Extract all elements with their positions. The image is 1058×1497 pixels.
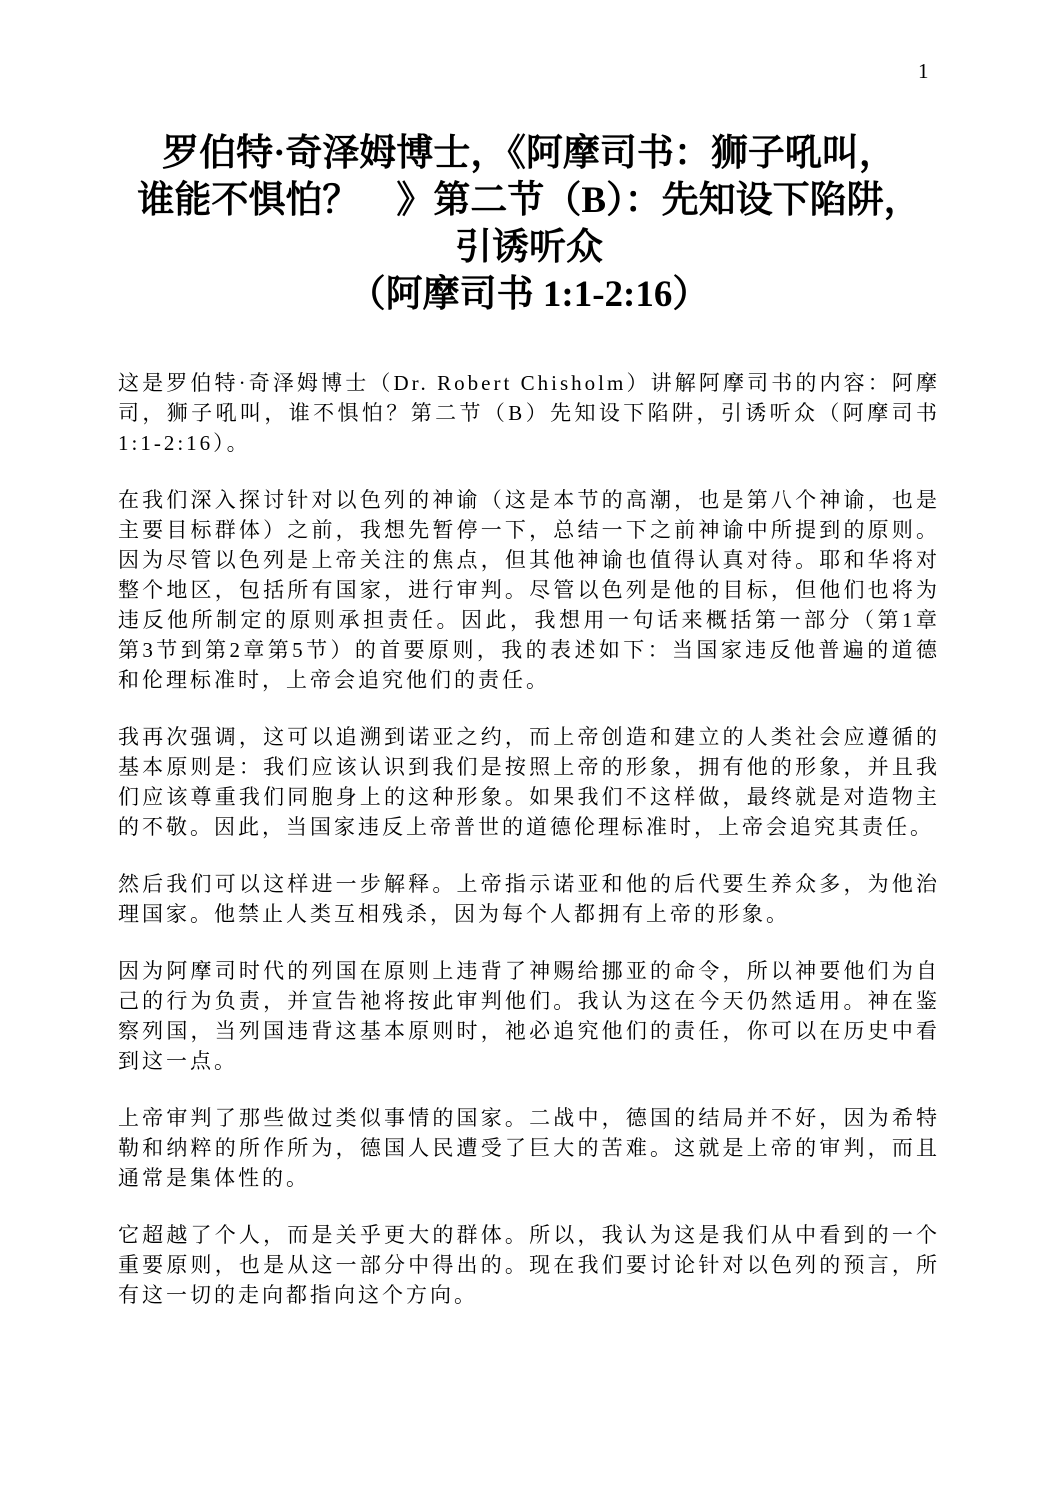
document-body: 这是罗伯特·奇泽姆博士（Dr. Robert Chisholm）讲解阿摩司书的内…	[118, 368, 940, 1310]
body-paragraph: 它超越了个人，而是关乎更大的群体。所以，我认为这是我们从中看到的一个重要原则，也…	[118, 1220, 940, 1310]
document-page: 1 罗伯特·奇泽姆博士，《阿摩司书：狮子吼叫， 谁能不惧怕？ 》第二节（B）：先…	[0, 0, 1058, 1497]
body-paragraph: 我再次强调，这可以追溯到诺亚之约，而上帝创造和建立的人类社会应遵循的基本原则是：…	[118, 722, 940, 842]
page-number: 1	[918, 58, 929, 84]
body-paragraph: 这是罗伯特·奇泽姆博士（Dr. Robert Chisholm）讲解阿摩司书的内…	[118, 368, 940, 458]
body-paragraph: 在我们深入探讨针对以色列的神谕（这是本节的高潮，也是第八个神谕，也是主要目标群体…	[118, 485, 940, 695]
body-paragraph: 因为阿摩司时代的列国在原则上违背了神赐给挪亚的命令，所以神要他们为自己的行为负责…	[118, 956, 940, 1076]
document-title: 罗伯特·奇泽姆博士，《阿摩司书：狮子吼叫， 谁能不惧怕？ 》第二节（B）：先知设…	[118, 130, 940, 318]
body-paragraph: 然后我们可以这样进一步解释。上帝指示诺亚和他的后代要生养众多，为他治理国家。他禁…	[118, 869, 940, 929]
body-paragraph: 上帝审判了那些做过类似事情的国家。二战中，德国的结局并不好，因为希特勒和纳粹的所…	[118, 1103, 940, 1193]
